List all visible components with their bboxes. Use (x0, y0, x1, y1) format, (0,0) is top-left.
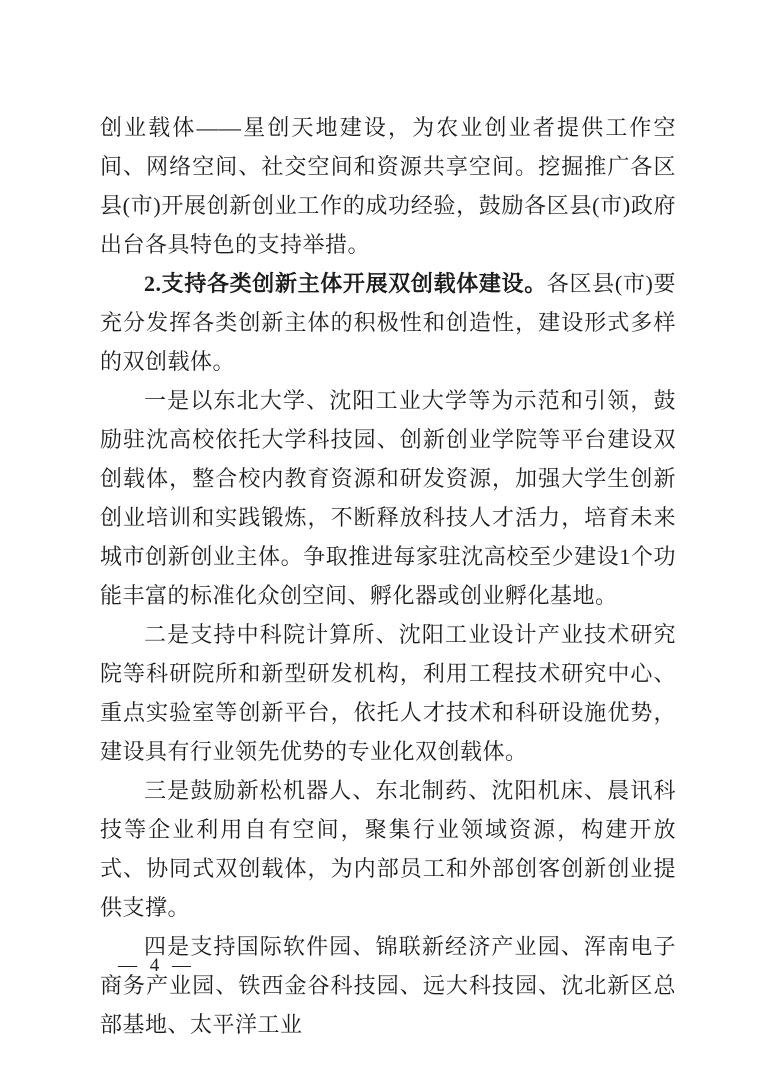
paragraph-third-point: 三是鼓励新松机器人、东北制药、沈阳机床、晨讯科技等企业利用自有空间，聚集行业领域… (100, 771, 676, 927)
paragraph-continuation: 创业载体——星创天地建设，为农业创业者提供工作空间、网络空间、社交空间和资源共享… (100, 108, 676, 264)
paragraph-text: 四是支持国际软件园、锦联新经济产业园、浑南电子商务产业园、铁西金谷科技园、远大科… (100, 934, 676, 1037)
paragraph-text: 三是鼓励新松机器人、东北制药、沈阳机床、晨讯科技等企业利用自有空间，聚集行业领域… (100, 778, 676, 920)
paragraph-fourth-point: 四是支持国际软件园、锦联新经济产业园、浑南电子商务产业园、铁西金谷科技园、远大科… (100, 927, 676, 1044)
paragraph-text: 一是以东北大学、沈阳工业大学等为示范和引领，鼓励驻沈高校依托大学科技园、创新创业… (100, 388, 676, 608)
document-body: 创业载体——星创天地建设，为农业创业者提供工作空间、网络空间、社交空间和资源共享… (100, 108, 676, 1044)
item-2-heading: 2.支持各类创新主体开展双创载体建设。 (144, 271, 547, 296)
paragraph-item-2: 2.支持各类创新主体开展双创载体建设。各区县(市)要充分发挥各类创新主体的积极性… (100, 264, 676, 381)
paragraph-second-point: 二是支持中科院计算所、沈阳工业设计产业技术研究院等科研院所和新型研发机构，利用工… (100, 615, 676, 771)
page-number: — 4 — (118, 952, 192, 980)
paragraph-text: 创业载体——星创天地建设，为农业创业者提供工作空间、网络空间、社交空间和资源共享… (100, 115, 676, 257)
paragraph-text: 二是支持中科院计算所、沈阳工业设计产业技术研究院等科研院所和新型研发机构，利用工… (100, 622, 676, 764)
document-page: 创业载体——星创天地建设，为农业创业者提供工作空间、网络空间、社交空间和资源共享… (0, 0, 768, 1086)
paragraph-first-point: 一是以东北大学、沈阳工业大学等为示范和引领，鼓励驻沈高校依托大学科技园、创新创业… (100, 381, 676, 615)
